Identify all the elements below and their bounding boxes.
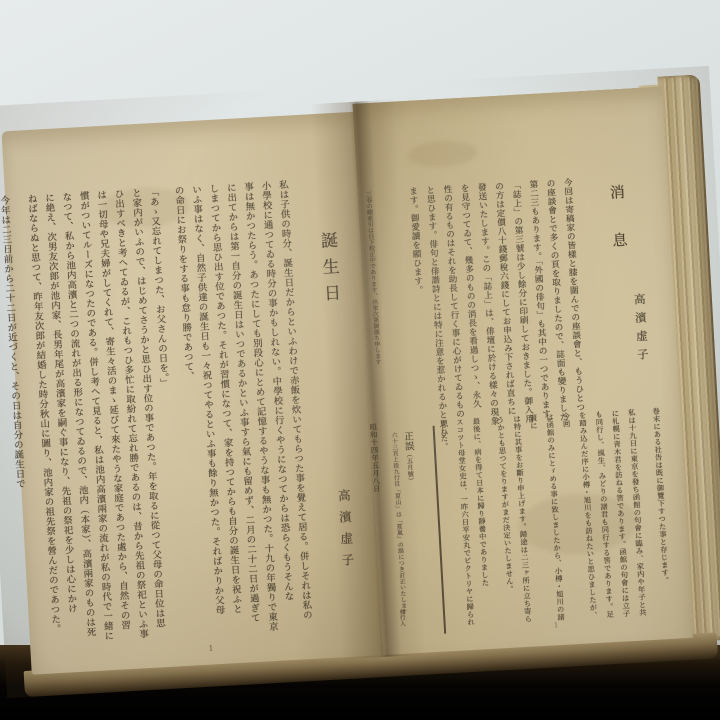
- page-number: 1: [208, 643, 213, 652]
- open-book: 誕生日 高濱虚子 私は子供の時分、誕生日だからといふわけで赤飯を炊いてもらつた事…: [0, 66, 720, 698]
- page-number: 1: [554, 621, 559, 629]
- right-page-title: 消息: [606, 184, 632, 281]
- photo-open-book: { "colors":{"background":"#dde3e3","page…: [0, 0, 720, 720]
- right-page-author: 高濱虚子: [631, 293, 651, 367]
- left-page-body: 私は子供の時分、誕生日だからといふわけで赤飯を炊いてもらつた事を覺えて居る。併し…: [0, 179, 326, 647]
- right-page-upper-band: 今回は寄稿家の皆樣と膝を圍んでの座談會と、もうひとつ の座談會とで多くの頁を取り…: [403, 177, 597, 445]
